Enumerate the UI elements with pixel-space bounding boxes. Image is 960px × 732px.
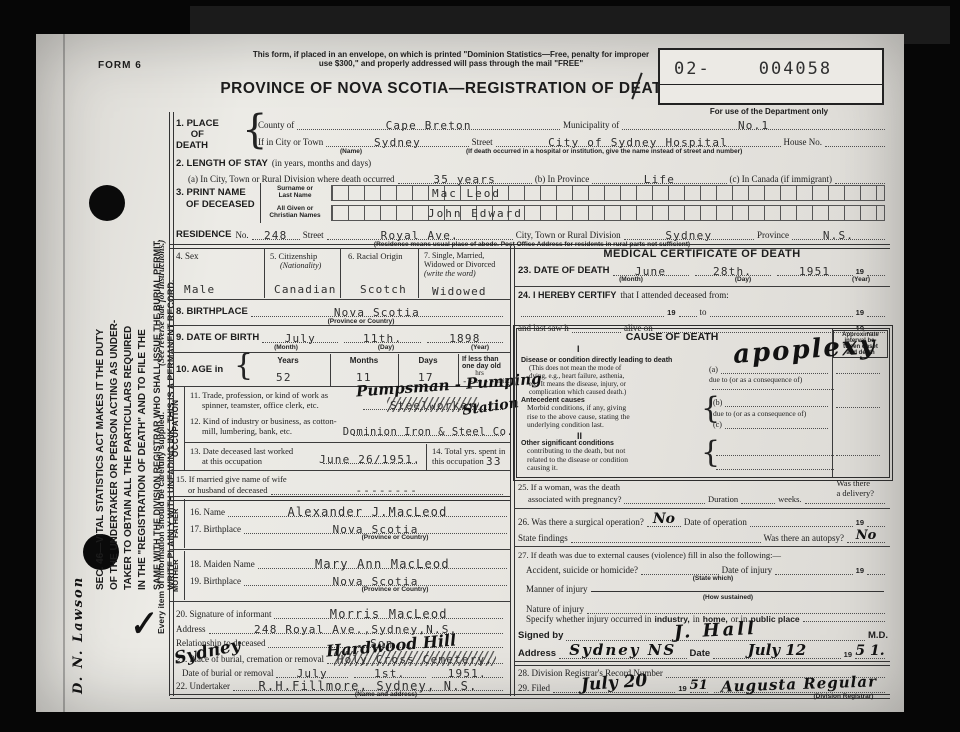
how-sustained-note: (How sustained) [668,594,788,601]
last-worked-line: June 26/1951. [320,452,420,464]
filed-year: 51 [690,679,708,692]
nature-row: Nature of injury [518,601,888,614]
sec46-line: IN THE "REGISTRATION OF DEATH" AND TO FI… [136,90,150,590]
citizenship-value: Canadian [274,284,337,295]
marital-value: Widowed [432,286,487,297]
given-sublabel-l2: Christian Names [264,212,326,219]
section-father: FATHER 16. Name Alexander J.MacLeod 17. … [170,499,510,548]
marital-l2: Widowed or Divorced [424,260,495,269]
delivery-label: Was there a delivery? [836,478,874,498]
injury-date-label: Date of injury [722,565,772,575]
disease-note: (This does not mean the mode of [521,364,707,372]
cell-divider [340,248,341,298]
filed-pre19: 19 [678,684,686,693]
place-l1: PLACE [187,118,219,129]
spouse-l2: or husband of deceased [176,485,268,495]
rule [514,286,890,287]
pregnancy-l1: 25. If a woman, was the death [518,482,888,492]
blank [624,503,704,504]
mother-birthplace-label: 19. Birthplace [190,576,241,586]
county-value: Cape Breton [386,120,472,131]
mail-notice: This form, if placed in an envelope, on … [216,50,686,68]
last-worked-l2: at this occupation [190,456,293,466]
findings-row: State findings Was there an autopsy? No [518,527,888,543]
residence-street-value: Royal Ave. [381,230,459,241]
certify-pre19a: 19 [667,308,675,317]
mother-name-value: Mary Ann MacLeod [315,558,450,570]
stay-c-blank [835,183,885,184]
place-l3: DEATH [176,140,219,151]
residence-no-label: No. [235,230,248,240]
father-birthplace-value: Nova Scotia [332,524,418,535]
rule [514,508,890,509]
place-l2: OF [176,129,219,140]
blank [805,503,885,504]
stay-paren: (in years, months and days) [272,158,371,168]
place-no: 1. [176,118,184,129]
medical-title: MEDICAL CERTIFICATE OF DEATH [516,248,888,260]
marital-label: 7. Single, Married, Widowed or Divorced … [424,251,495,278]
given-name-value: John Edward [428,207,523,220]
residence-division-label: City, Town or Rural Division [516,230,621,240]
operation-handwriting: No [653,512,675,526]
father-name-row: 16. Name Alexander J.MacLeod [190,499,510,517]
rule [170,352,510,353]
racial-origin-value: Scotch [360,284,407,295]
cause-c-line [725,428,828,429]
supply-note: Every item of information should be care… [156,384,166,634]
cause-a-line [721,373,828,374]
cause-c-row: (c) [713,419,831,429]
delivery-l1: Was there [836,478,874,488]
blank [867,316,885,317]
industry-l1: 12. Kind of industry or business, as cot… [190,416,337,426]
year-note: (Year) [450,344,510,351]
informant-name: Morris MacLeod [330,608,448,620]
disease-label: Disease or condition directly leading to… [521,357,707,364]
occupation-vertical-label: OCCUPATION [171,388,180,468]
certify-bold: 24. I HEREBY CERTIFY [518,290,616,300]
section-operation: 26. Was there a surgical operation? No D… [518,512,888,543]
residence-note: (Residence means usual place of abode. P… [176,241,888,248]
stay-values-row: (a) In City, Town or Rural Division wher… [176,170,888,184]
father-birthplace-label: 17. Birthplace [190,524,241,534]
signed-row: Signed by J. Hall M.D. [518,624,888,641]
department-note: For use of the Department only [658,107,880,116]
division-registrar-note: (Division Registrar) [796,693,891,700]
filed-date-handwriting: July 20 [581,673,648,695]
sec46-line: TAKER TO OBTAIN ALL THE PARTICULARS REQU… [122,90,136,590]
stay-header-row: 2. LENGTH OF STAY (in years, months and … [176,158,888,170]
last-worked-value: June 26/1951. [319,454,421,465]
section-mother: MOTHER 18. Maiden Name Mary Ann MacLeod … [170,551,510,600]
external-label: 27. If death was due to external causes … [518,550,888,560]
father-name-value: Alexander J.MacLeod [287,506,447,518]
disease-note: etc. It means the disease, injury, or [521,380,707,388]
operation-label: 26. Was there a surgical operation? [518,517,644,527]
blank [775,574,853,575]
city-row: If in City or Town Sydney Street City of… [258,133,888,147]
father-birthplace-row: 17. Birthplace Nova Scotia [190,517,510,534]
registration-number: 004058 [759,61,832,78]
state-which-note: (State which) [668,575,758,582]
marital-l3: (write the word) [424,269,495,278]
informant-address-label: Address [176,624,206,634]
antecedent-block: Antecedent causes Morbid conditions, if … [521,397,707,430]
residence-street-label: Street [303,230,324,240]
residence-no-value: 248 [264,230,287,241]
checkmark-handwriting: ✓ [125,606,157,642]
birthplace-label: 8. BIRTHPLACE [176,306,248,317]
street-label: Street [472,137,493,147]
blank [750,526,853,527]
section-date-of-birth: 9. DATE OF BIRTH July 11th. 1898 [176,330,506,343]
stay-c-label: (c) In Canada (if immigrant) [730,174,832,184]
section-sex-citizenship: 4. Sex Male 5. Citizenship (Nationality)… [170,248,510,298]
trade-label: 11. Trade, profession, or kind of work a… [190,390,328,410]
scanned-death-certificate: D. N. Lawson FORM 6 SEC. 46—VITAL STATIS… [0,0,960,732]
birth-month: July [285,333,316,344]
sec46-line: SEC. 46—VITAL STATISTICS ACT MAKES IT TH… [94,90,108,590]
cause-b-row: (b) [713,397,831,407]
print-name-l1: 3. PRINT NAME [176,187,255,199]
residence-province-value: N.S. [823,230,854,241]
delivery-l2: a delivery? [836,488,874,498]
given-sublabel: All Given or Christian Names [264,205,326,219]
operation-date-label: Date of operation [684,517,747,527]
father-divider [184,499,185,548]
registration-number-row: 02- 004058 [660,50,882,85]
house-no-blank [825,146,885,147]
md-label: M.D. [868,630,888,641]
registration-empty-row [660,85,882,103]
form-number: FORM 6 [98,60,142,71]
month-note: (Month) [256,344,316,351]
industry-value: Dominion Iron & Steel Co. [343,427,514,438]
section-undertaker: 22. Undertaker R.H.Fillmore, Sydney, N.S… [176,678,506,698]
section-residence: RESIDENCE No. 248 Street Royal Ave. City… [176,226,888,248]
antecedent-note: underlying condition last. [521,421,707,430]
form-title: PROVINCE OF NOVA SCOTIA—REGISTRATION OF … [212,80,682,98]
certify-to-blank [710,316,853,317]
disease-note: dying, e.g., heart failure, asthenia, [521,372,707,380]
residence-division-value: Sydney [665,230,712,241]
citizenship-label: 5. Citizenship [270,251,317,261]
stay-label: 2. LENGTH OF STAY [176,158,268,169]
signed-date: July 12 [748,643,807,658]
age-days-header: Days [400,356,456,365]
autopsy-handwriting: No [856,529,877,542]
section-birthplace: 8. BIRTHPLACE Nova Scotia [176,304,506,317]
sex-value: Male [184,284,215,295]
residence-row: RESIDENCE No. 248 Street Royal Ave. City… [176,226,888,240]
accident-row: Accident, suicide or homicide? Date of i… [518,560,888,575]
injury-pre19: 19 [856,566,864,575]
age-years-header: Years [248,356,328,365]
rule [170,299,510,300]
hospital-note: (If death occurred in a hospital or inst… [466,148,886,155]
day-note: (Day) [356,344,416,351]
section-filed: 29. Filed July 20 19 51 Augusta Regular [518,679,888,693]
surname-sublabel: Surname or Last Name [264,185,326,199]
manner-label: Manner of injury [518,584,587,594]
sec46-line: OF THE UNDERTAKER OR PERSON ACTING AS UN… [108,90,122,590]
section-external-causes: 27. If death was due to external causes … [518,550,888,627]
interval-line-3 [836,445,880,456]
signed-by-label: Signed by [518,630,563,641]
registrar-signature: Augusta Regular [721,674,877,694]
name-label-divider [260,183,261,223]
trade-l1: 11. Trade, profession, or kind of work a… [190,390,328,400]
certify-pre19b: 19 [856,308,864,317]
mother-birthplace-value: Nova Scotia [332,576,418,587]
signed-address-row: Address Sydney NS Date July 12 19 5 1. [518,641,888,659]
last-worked-l1: 13. Date deceased last worked [190,446,293,456]
city-value: Sydney [374,137,421,148]
last-worked-label: 13. Date deceased last worked at this oc… [190,446,293,466]
death-year-pre: 19 [856,267,864,276]
filed-label: 29. Filed [518,683,550,693]
print-name-l2: OF DECEASED [176,199,255,211]
sex-label: 4. Sex [176,251,199,261]
due-to-2: due to (or as a consequence of) [713,409,806,418]
margin-signature-handwriting: D. N. Lawson [72,544,85,694]
burial-date-row: Date of burial or removal July 1st. 1951… [176,664,506,678]
print-name-label: 3. PRINT NAME OF DECEASED [176,187,255,211]
date-of-death-label: 23. DATE OF DEATH [518,265,610,276]
county-row: County of Cape Breton Municipality of No… [258,116,888,130]
county-label: County of [258,120,294,130]
industry-label: 12. Kind of industry or business, as cot… [190,416,337,436]
cell-divider [418,248,419,298]
mother-vertical-label: MOTHER [171,553,180,598]
other-line-1 [716,445,834,456]
father-name-label: 16. Name [190,507,225,517]
interval-line-1 [836,363,880,374]
municipality-label: Municipality of [563,120,619,130]
spouse-line: or husband of deceased -------- [176,484,506,495]
total-years-value: 33 [486,456,502,467]
undertaker-label: 22. Undertaker [176,681,230,691]
section-date-of-death: 23. DATE OF DEATH June 28th. 1951 19 [518,262,888,276]
cell-divider [264,248,265,298]
blank [741,503,775,504]
physician-signature: J. Hall [674,620,758,642]
disease-note: complication which caused death.) [521,388,707,396]
pregnancy-row: associated with pregnancy? Duration week… [518,492,888,504]
other-note: causing it. [521,464,707,473]
mother-birthplace-row: 19. Birthplace Nova Scotia [190,569,510,586]
section-pregnancy: 25. If a woman, was the death associated… [518,482,888,504]
rule [184,442,510,443]
cell-divider [426,444,427,470]
cause-a-label: (a) [709,365,718,374]
burial-date-label: Date of burial or removal [176,668,273,678]
physician-address: Sydney NS [569,643,676,658]
section-signed: Signed by J. Hall M.D. Address Sydney NS… [518,624,888,659]
informant-label: 20. Signature of informant [176,609,271,619]
house-no-label: House No. [784,137,823,147]
mail-notice-line2: use $300," and properly addressed will p… [216,59,686,68]
rule [514,546,890,547]
blank [571,542,761,543]
signed-date-label: Date [690,648,711,659]
other-line-2 [716,459,834,470]
industry-l2: mill, lumbering, bank, etc. [190,426,337,436]
death-year: 1951 [799,266,830,277]
occupation-divider [184,386,185,470]
certify-rest: that I attended deceased from: [620,290,728,300]
mother-divider [184,551,185,600]
birthplace-value: Nova Scotia [334,307,420,318]
blank [679,316,697,317]
given-name-grid: John Edward [331,205,885,221]
cause-b-line [725,406,828,407]
death-year-note: (Year) [836,276,886,283]
stay-b-label: (b) In Province [535,174,589,184]
informant-address-row: Address 248 Royal Ave.,Sydney,N.S. [176,619,506,634]
age-years-value: 52 [276,372,292,383]
operation-pre19: 19 [856,518,864,527]
duration-label: Duration [708,494,738,504]
mother-name-label: 18. Maiden Name [190,559,255,569]
undertaker-value: R.H.Fillmore, Sydney, N.S. [258,680,477,692]
autopsy-label: Was there an autopsy? [764,533,845,543]
birthplace-note: (Province or Country) [286,318,436,325]
cell-divider [330,354,331,386]
blank [867,526,885,527]
registration-number-box: 02- 004058 [658,48,884,105]
father-vertical-label: FATHER [171,501,180,546]
paper: D. N. Lawson FORM 6 SEC. 46—VITAL STATIS… [36,34,904,712]
given-sublabel-l1: All Given or [264,205,326,212]
accident-label: Accident, suicide or homicide? [518,565,638,575]
city-label: If in City or Town [258,137,323,147]
surname-sublabel-l1: Surname or [264,185,326,192]
stay-b-value: Life [644,174,675,185]
signed-pre19: 19 [844,650,852,659]
nature-label: Nature of injury [518,604,584,614]
section-certify: 24. I HEREBY CERTIFY that I attended dec… [518,290,888,333]
section-occupation: OCCUPATION 11. Trade, profession, or kin… [170,386,510,470]
signed-year: 5 1. [855,644,884,658]
section-spouse: 15. If married give name of wife or husb… [176,474,506,495]
disease-label-block: Disease or condition directly leading to… [521,357,707,396]
pregnancy-l2: associated with pregnancy? [518,494,621,504]
mother-name-row: 18. Maiden Name Mary Ann MacLeod [190,551,510,569]
informant-signature-row: 20. Signature of informant Morris MacLeo… [176,604,506,619]
day-old-label: If less than one day old [462,356,510,370]
birth-day: 11th. [363,333,402,344]
citizenship-paren: (Nationality) [280,261,321,270]
name-note: (Name) [296,148,406,155]
paper-fold-line [63,34,65,712]
undertaker-row: 22. Undertaker R.H.Fillmore, Sydney, N.S… [176,678,506,691]
column-divider [510,246,515,696]
industry-line: Dominion Iron & Steel Co. [350,424,506,436]
death-month-note: (Month) [596,276,666,283]
cause-b-label: (b) [713,398,722,407]
registration-prefix: 02- [674,61,711,78]
residence-label: RESIDENCE [176,229,231,240]
municipality-value: No.1 [738,120,769,131]
certify-header: 24. I HEREBY CERTIFY that I attended dec… [518,290,888,302]
age-label: 10. AGE in [176,364,223,375]
section-length-of-stay: 2. LENGTH OF STAY (in years, months and … [176,158,888,184]
cause-c-label: (c) [713,420,722,429]
death-day-note: (Day) [708,276,778,283]
certify-from-blank [521,316,664,317]
rule [170,470,510,471]
racial-origin-label: 6. Racial Origin [348,251,403,261]
stay-a-label: (a) In City, Town or Rural Division wher… [188,174,395,184]
cause-of-death-box: Approximate interval be- tween onset and… [516,328,890,478]
mail-notice-line1: This form, if placed in an envelope, on … [216,50,686,59]
surname-sublabel-l2: Last Name [264,192,326,199]
blank [867,574,885,575]
manner-line [591,591,884,592]
trade-l2: spinner, teamster, office clerk, etc. [190,400,328,410]
rule [170,325,510,326]
manner-row: Manner of injury [518,582,888,594]
interval-line-2 [836,397,880,408]
surname-grid: Mac Leod [331,185,885,201]
date-of-birth-label: 9. DATE OF BIRTH [176,332,259,343]
age-months-header: Months [332,356,396,365]
certify-dates-row: 19 to 19 [518,302,888,317]
weeks-label: weeks. [778,494,801,504]
other-conditions-block: Other significant conditions contributin… [521,440,707,473]
reverse-side-note: (See reverse side for instructions.) [156,161,166,366]
street-value: City of Sydney Hospital [548,137,728,148]
marital-l1: 7. Single, Married, [424,251,495,260]
residence-province-label: Province [757,230,789,240]
due-to-1-line [712,379,834,390]
spouse-value: -------- [355,485,418,496]
rule [170,549,510,550]
rule [170,601,510,602]
stay-a-value: 35 years [433,174,496,185]
certify-to: to [700,307,707,317]
operation-row: 26. Was there a surgical operation? No D… [518,512,888,527]
findings-label: State findings [518,533,568,543]
place-label: 1. PLACE OF DEATH [176,118,219,151]
signed-address-label: Address [518,648,556,659]
surname-value: Mac Leod [432,187,501,200]
birth-year: 1898 [449,333,480,344]
